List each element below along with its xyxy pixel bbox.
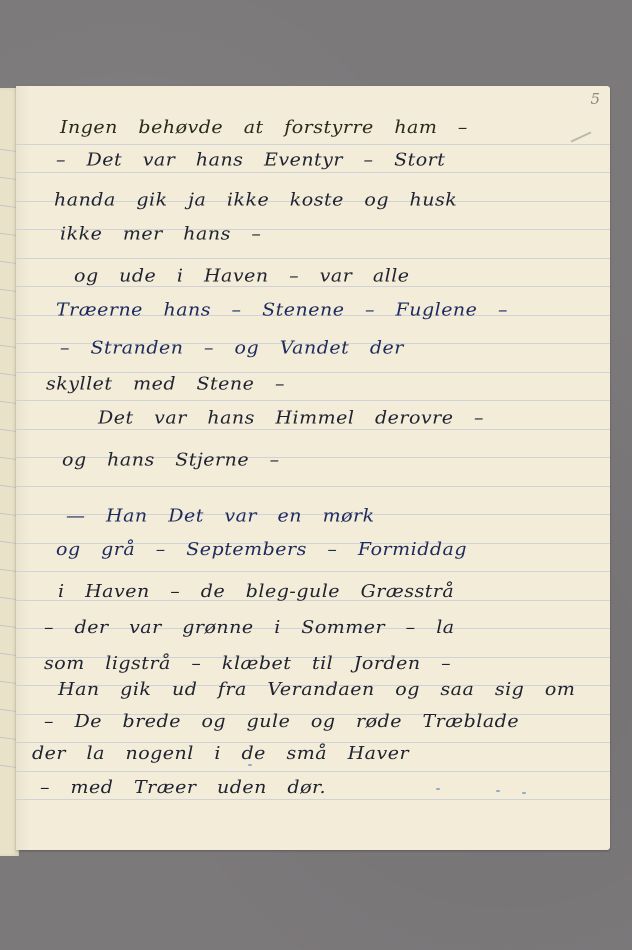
handwritten-line: der la nogenl i de små Haver xyxy=(32,743,409,764)
handwritten-line: – der var grønne i Sommer – la xyxy=(44,617,455,638)
handwritten-line: – Det var hans Eventyr – Stort xyxy=(56,149,445,170)
ruled-line xyxy=(16,144,610,145)
ruled-line xyxy=(16,429,610,430)
notebook-page: 5 Ingen behøvde at forstyrre ham – – Det… xyxy=(16,86,610,850)
handwritten-line: i Haven – de bleg-gule Græsstrå xyxy=(58,581,454,602)
handwritten-line: og grå – Septembers – Formiddag xyxy=(56,539,467,560)
page-number: 5 xyxy=(590,90,600,108)
handwritten-line: Det var hans Himmel derovre – xyxy=(98,407,484,428)
ruled-line xyxy=(16,400,610,401)
handwritten-line: og ude i Haven – var alle xyxy=(74,265,410,286)
handwritten-line: – De brede og gule og røde Træblade xyxy=(44,711,519,732)
handwritten-line: ikke mer hans – xyxy=(60,223,261,244)
ruled-line xyxy=(16,799,610,800)
ruled-line xyxy=(16,771,610,772)
handwritten-line: Han gik ud fra Verandaen og saa sig om xyxy=(58,679,575,700)
ink-blot xyxy=(496,790,500,792)
ruled-line xyxy=(16,172,610,173)
ink-blot xyxy=(522,792,526,794)
handwritten-line: Træerne hans – Stenene – Fuglene – xyxy=(56,299,508,320)
handwritten-line: skyllet med Stene – xyxy=(46,373,285,394)
ruled-line xyxy=(16,286,610,287)
ruled-line xyxy=(16,258,610,259)
pencil-mark xyxy=(571,131,592,142)
ruled-line xyxy=(16,486,610,487)
ruled-line xyxy=(16,571,610,572)
handwritten-line: handa gik ja ikke koste og husk xyxy=(54,189,457,210)
handwritten-line: Ingen behøvde at forstyrre ham – xyxy=(60,117,468,138)
ink-blot xyxy=(248,764,252,766)
handwritten-line: – med Træer uden dør. xyxy=(40,777,326,798)
handwritten-line: – Stranden – og Vandet der xyxy=(60,337,404,358)
handwritten-line: — Han Det var en mørk xyxy=(66,505,375,526)
ink-blot xyxy=(436,788,440,790)
handwritten-line: og hans Stjerne – xyxy=(62,449,280,470)
handwritten-line: som ligstrå – klæbet til Jorden – xyxy=(44,653,451,674)
